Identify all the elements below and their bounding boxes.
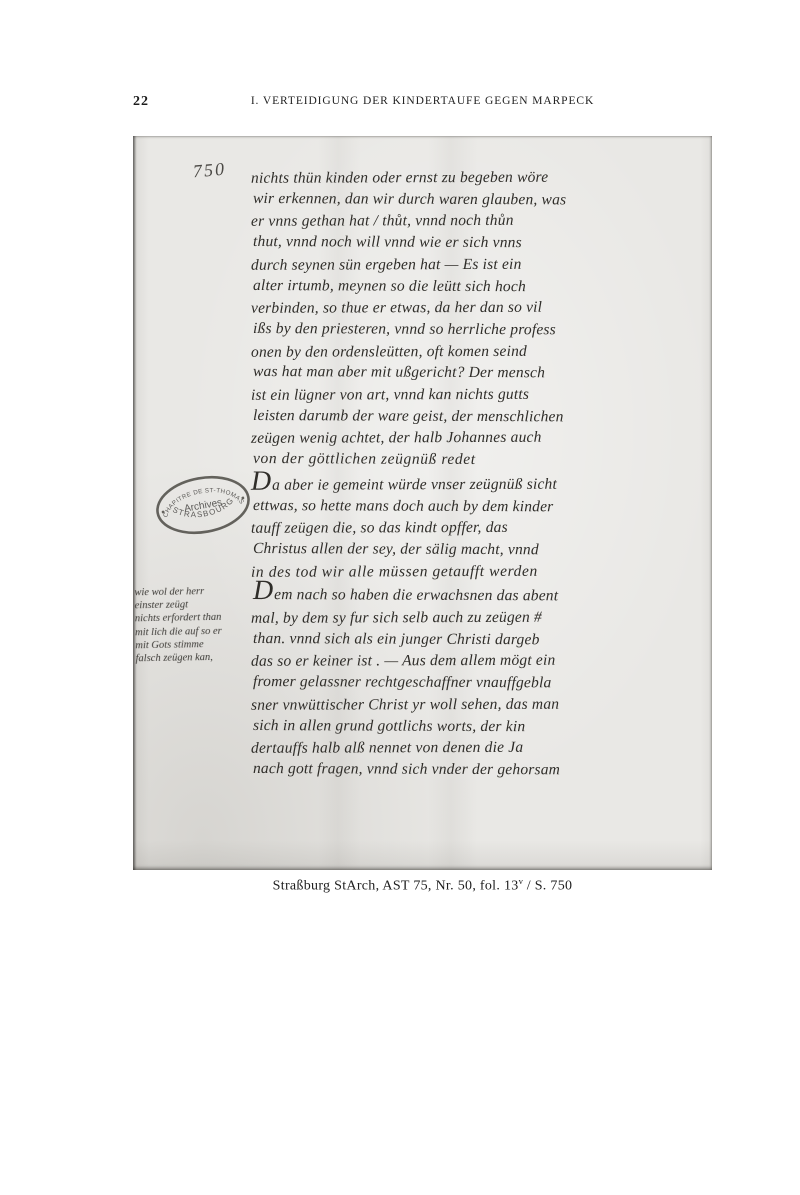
manuscript-line: alter irtumb, meynen so die leütt sich h… [253, 275, 709, 299]
manuscript-line: nichts thün kinden oder ernst zu begeben… [251, 166, 707, 189]
manuscript-line: than. vnnd sich als ein junger Christi d… [253, 628, 709, 652]
manuscript-line: verbinden, so thue er etwas, da her dan … [251, 296, 707, 319]
marginal-note-block: wie wol der herreinster zeügtnichts erfo… [134, 584, 285, 666]
manuscript-line: das so er keiner ist . — Aus dem allem m… [251, 650, 707, 673]
manuscript-line: thut, vnnd noch will vnnd wie er sich vn… [253, 231, 709, 255]
manuscript-line: von der göttlichen zeügnüß redet [253, 448, 709, 472]
manuscript-line: zeügen wenig achtet, der halb Johannes a… [251, 427, 707, 450]
manuscript-line: nach gott fragen, vnnd sich vnder der ge… [253, 758, 709, 782]
marginal-note-line: falsch zeügen kan, [135, 650, 285, 666]
manuscript-line: durch seynen sün ergeben hat — Es ist ei… [251, 253, 707, 276]
caption-text: Straßburg StArch, AST 75, Nr. 50, fol. 1… [273, 879, 519, 894]
manuscript-line: er vnns gethan hat / thůt, vnnd noch thů… [251, 210, 707, 233]
manuscript-line: dertauffs halb alß nennet von denen die … [251, 736, 707, 759]
manuscript-facsimile-photo: 750 nichts thün kinden oder ernst zu beg… [133, 136, 712, 870]
manuscript-line: mal, by dem sy fur sich selb auch zu zeü… [251, 606, 707, 629]
manuscript-line: onen by den ordensleütten, oft komen sei… [251, 340, 707, 363]
archive-stamp: CHAPITRE DE ST-THOMAS Archives STRASBOUR… [148, 464, 258, 546]
manuscript-line: wir erkennen, dan wir durch waren glaube… [253, 188, 709, 212]
manuscript-line: Da aber ie gemeint würde vnser zeügnüß s… [251, 470, 707, 496]
manuscript-line: tauff zeügen die, so das kindt opffer, d… [251, 516, 707, 539]
manuscript-line: Christus allen der sey, der sälig macht,… [253, 538, 709, 562]
manuscript-line: was hat man aber mit ußgericht? Der mens… [253, 361, 709, 385]
manuscript-page-numeral: 750 [192, 159, 227, 183]
manuscript-line: Dem nach so haben die erwachsnen das abe… [253, 581, 709, 608]
manuscript-line: sich in allen grund gottlichs worts, der… [253, 715, 709, 739]
caption-suffix: / S. 750 [523, 879, 572, 894]
running-head: 22 I. VERTEIDIGUNG DER KINDERTAUFE GEGEN… [133, 94, 712, 114]
running-header-title: I. VERTEIDIGUNG DER KINDERTAUFE GEGEN MA… [133, 95, 712, 107]
manuscript-line: ist ein lügner von art, vnnd kan nichts … [251, 383, 707, 406]
figure-caption: Straßburg StArch, AST 75, Nr. 50, fol. 1… [133, 876, 712, 895]
manuscript-line: fromer gelassner rechtgeschaffner vnauff… [253, 671, 709, 695]
manuscript-line: leisten darumb der ware geist, der mensc… [253, 405, 709, 429]
manuscript-text-block: nichts thün kinden oder ernst zu begeben… [251, 167, 707, 781]
manuscript-line: in des tod wir alle müssen getaufft werd… [251, 560, 707, 583]
manuscript-line: ettwas, so hette mans doch auch by dem k… [253, 495, 709, 519]
manuscript-line: sner vnwüttischer Christ yr woll sehen, … [251, 693, 707, 716]
manuscript-line: ißs by den priesteren, vnnd so herrliche… [253, 318, 709, 342]
